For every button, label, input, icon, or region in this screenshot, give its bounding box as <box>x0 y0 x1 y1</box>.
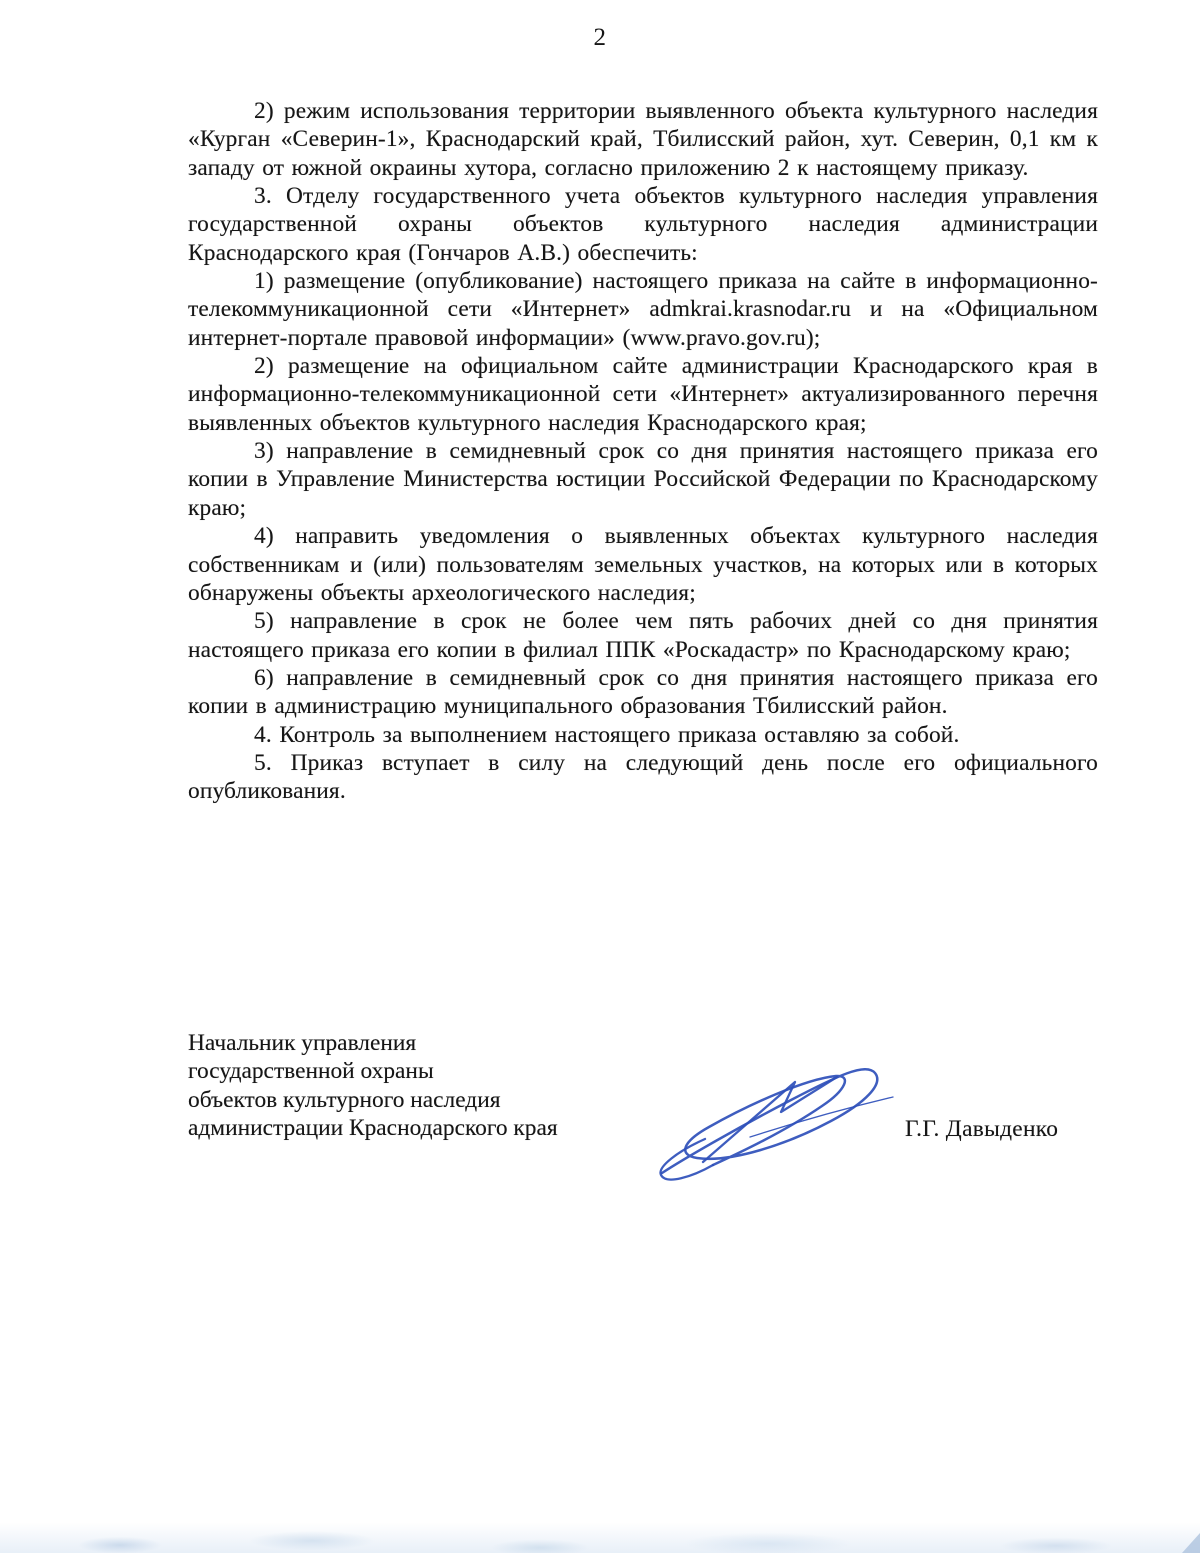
scan-artifact-corner <box>1182 1533 1200 1553</box>
document-body: 2) режим использования территории выявле… <box>188 97 1098 806</box>
doc-paragraph-subitem-4: 4) направить уведомления о выявленных об… <box>188 522 1098 607</box>
doc-paragraph-item-4: 4. Контроль за выполнением настоящего пр… <box>188 721 1098 749</box>
doc-paragraph-item-5: 5. Приказ вступает в силу на следующий д… <box>188 749 1098 806</box>
doc-paragraph-subitem-5: 5) направление в срок не более чем пять … <box>188 607 1098 664</box>
handwritten-signature-ink <box>645 1046 900 1198</box>
document-page: 2 2) режим использования территории выяв… <box>0 0 1200 1553</box>
signatory-name: Г.Г. Давыденко <box>905 1116 1058 1143</box>
doc-paragraph-subitem-2: 2) размещение на официальном сайте админ… <box>188 352 1098 437</box>
signatory-title-line: объектов культурного наследия <box>188 1086 558 1114</box>
page-number: 2 <box>0 24 1200 52</box>
signatory-title-line: администрации Краснодарского края <box>188 1114 558 1142</box>
doc-paragraph-subitem-3: 3) направление в семидневный срок со дня… <box>188 437 1098 522</box>
doc-paragraph-subitem-6: 6) направление в семидневный срок со дня… <box>188 664 1098 721</box>
scan-artifact-smudge <box>0 1517 1200 1553</box>
signatory-title-block: Начальник управления государственной охр… <box>188 1029 558 1142</box>
signatory-title-line: государственной охраны <box>188 1057 558 1085</box>
doc-paragraph-regime: 2) режим использования территории выявле… <box>188 97 1098 182</box>
doc-paragraph-subitem-1: 1) размещение (опубликование) настоящего… <box>188 267 1098 352</box>
signatory-title-line: Начальник управления <box>188 1029 558 1057</box>
doc-paragraph-item-3: 3. Отделу государственного учета объекто… <box>188 182 1098 267</box>
